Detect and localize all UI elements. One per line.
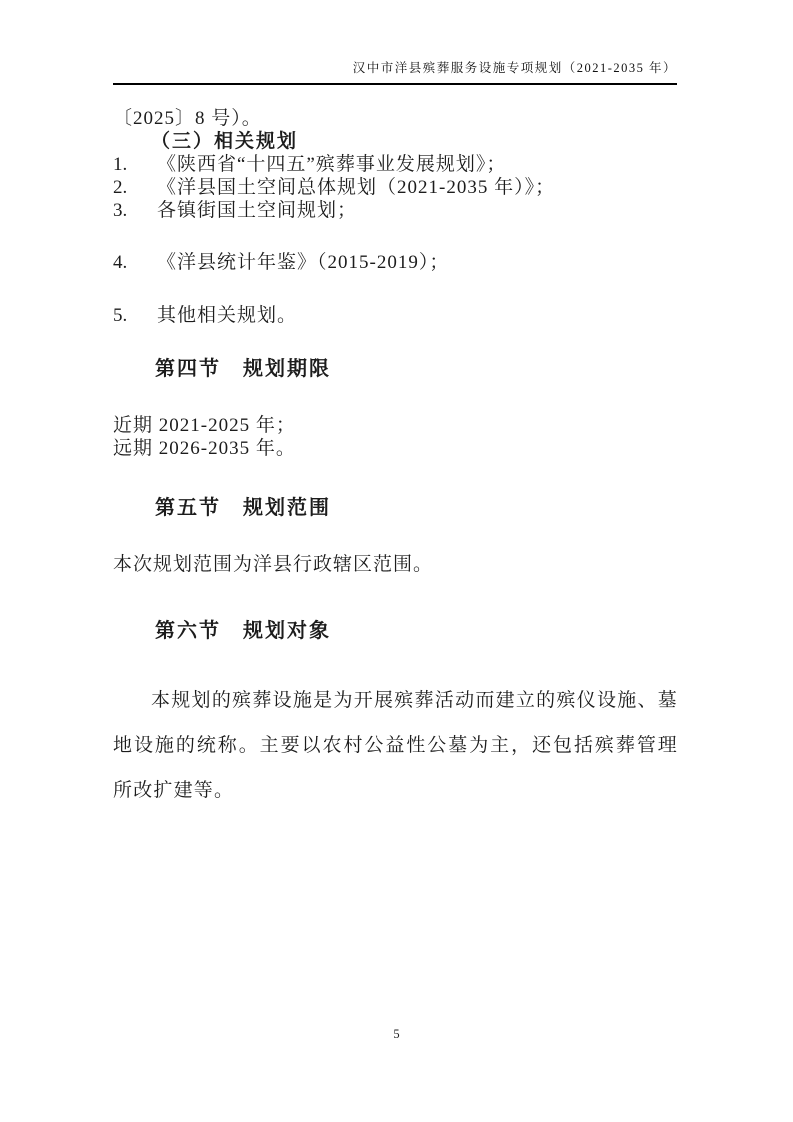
subsection-heading: （三）相关规划: [113, 130, 678, 153]
list-item: 2.《洋县国土空间总体规划（2021-2035 年）》；: [113, 176, 678, 199]
list-item-number: 3.: [113, 199, 157, 222]
page-number: 5: [393, 1027, 399, 1041]
page-header: 汉中市洋县殡葬服务设施专项规划（2021-2035 年）: [113, 60, 677, 85]
paragraph: 近期 2021-2025 年；: [113, 414, 678, 437]
section-heading-6: 第六节 规划对象: [113, 620, 678, 643]
list-item-text: 《洋县统计年鉴》（2015-2019）；: [157, 252, 449, 273]
document-page: 汉中市洋县殡葬服务设施专项规划（2021-2035 年） 〔2025〕8 号）。…: [0, 0, 793, 1122]
list-item-number: 2.: [113, 176, 157, 199]
list-item-number: 5.: [113, 304, 157, 327]
section-heading-4: 第四节 规划期限: [113, 358, 678, 381]
list-item: 5.其他相关规划。: [113, 304, 678, 327]
section-heading-5: 第五节 规划范围: [113, 497, 678, 520]
paragraph: 远期 2026-2035 年。: [113, 437, 678, 460]
paragraph: 本次规划范围为洋县行政辖区范围。: [113, 553, 678, 576]
list-item-text: 各镇街国土空间规划；: [157, 200, 357, 221]
page-footer: 5: [0, 1027, 793, 1042]
list-item-number: 4.: [113, 251, 157, 274]
paragraph: 本规划的殡葬设施是为开展殡葬活动而建立的殡仪设施、墓地设施的统称。主要以农村公益…: [113, 678, 678, 813]
list-item-text: 《洋县国土空间总体规划（2021-2035 年）》；: [157, 177, 555, 198]
document-body: 〔2025〕8 号）。 （三）相关规划 1.《陕西省“十四五”殡葬事业发展规划》…: [113, 107, 678, 813]
intro-line: 〔2025〕8 号）。: [113, 107, 678, 130]
list-item-number: 1.: [113, 153, 157, 176]
list-item: 3.各镇街国土空间规划；: [113, 199, 678, 222]
list-item: 1.《陕西省“十四五”殡葬事业发展规划》；: [113, 153, 678, 176]
list-item-text: 其他相关规划。: [157, 305, 297, 326]
list-item: 4.《洋县统计年鉴》（2015-2019）；: [113, 251, 678, 274]
header-title: 汉中市洋县殡葬服务设施专项规划（2021-2035 年）: [113, 60, 677, 76]
list-item-text: 《陕西省“十四五”殡葬事业发展规划》；: [157, 154, 506, 175]
